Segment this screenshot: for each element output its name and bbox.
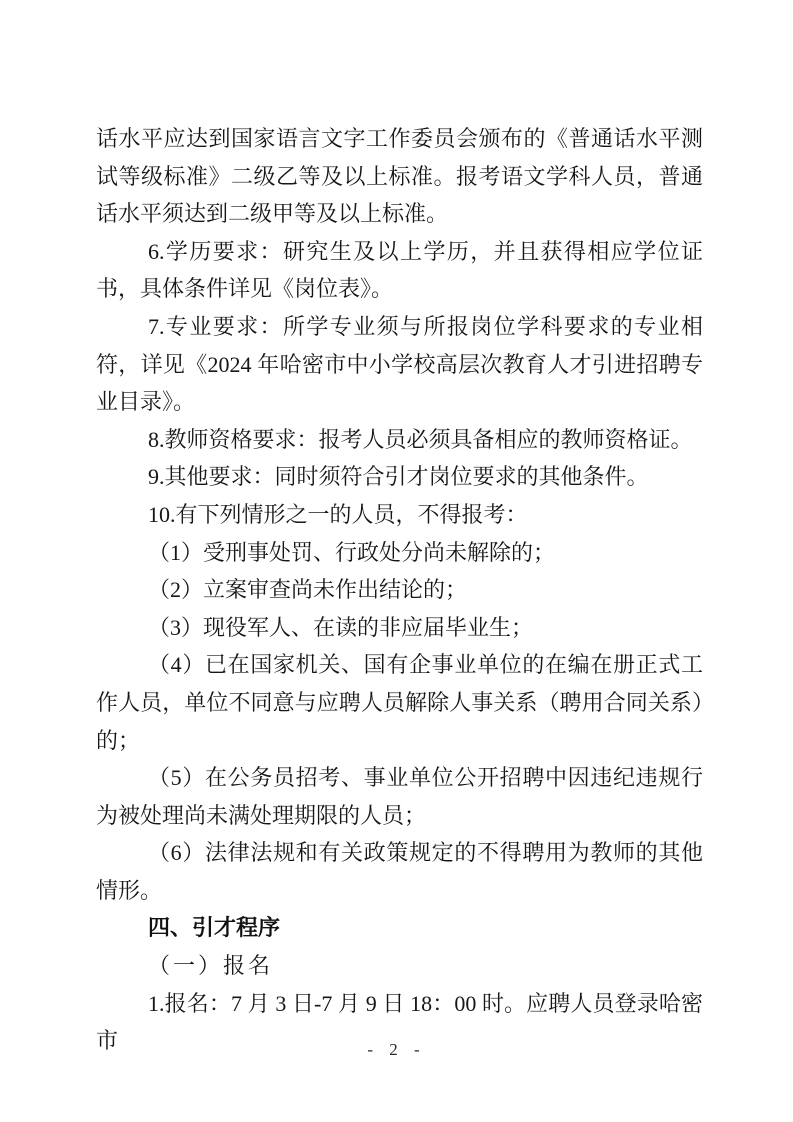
page-footer: - 2 -	[0, 1040, 793, 1060]
document-text-block: 话水平应达到国家语言文字工作委员会颁布的《普通话水平测试等级标准》二级乙等及以上…	[96, 120, 703, 1060]
paragraph: 10.有下列情形之一的人员，不得报考：	[96, 496, 703, 534]
paragraph: （2）立案审查尚未作出结论的；	[96, 571, 703, 609]
paragraph: （4）已在国家机关、国有企事业单位的在编在册正式工作人员，单位不同意与应聘人员解…	[96, 646, 703, 759]
page-number: - 2 -	[367, 1040, 425, 1059]
paragraph: （6）法律法规和有关政策规定的不得聘用为教师的其他情形。	[96, 834, 703, 909]
paragraph: 话水平应达到国家语言文字工作委员会颁布的《普通话水平测试等级标准》二级乙等及以上…	[96, 120, 703, 233]
heading-sub: （一）报名	[96, 947, 703, 985]
heading-section: 四、引才程序	[96, 909, 703, 947]
paragraph: 7.专业要求：所学专业须与所报岗位学科要求的专业相符，详见《2024 年哈密市中…	[96, 308, 703, 421]
paragraph: 9.其他要求：同时须符合引才岗位要求的其他条件。	[96, 458, 703, 496]
paragraph: （3）现役军人、在读的非应届毕业生；	[96, 609, 703, 647]
paragraph: 8.教师资格要求：报考人员必须具备相应的教师资格证。	[96, 421, 703, 459]
document-page: 话水平应达到国家语言文字工作委员会颁布的《普通话水平测试等级标准》二级乙等及以上…	[0, 0, 793, 1122]
paragraph: （1）受刑事处罚、行政处分尚未解除的；	[96, 534, 703, 572]
paragraph: 6.学历要求：研究生及以上学历，并且获得相应学位证书，具体条件详见《岗位表》。	[96, 233, 703, 308]
paragraph: （5）在公务员招考、事业单位公开招聘中因违纪违规行为被处理尚未满处理期限的人员；	[96, 759, 703, 834]
